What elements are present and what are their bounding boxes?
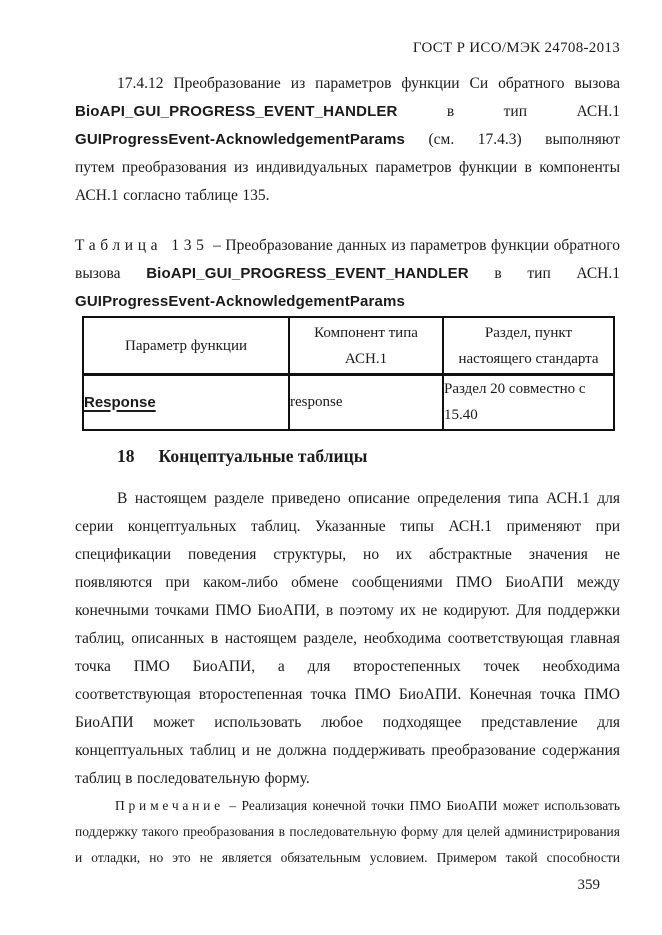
text-segment: поддержку такого преобразования в послед…	[75, 824, 620, 839]
text-segment: необходима	[543, 658, 620, 675]
running-header: ГОСТ Р ИСО/МЭК 24708-2013	[75, 40, 620, 57]
section-number: 18	[117, 446, 135, 466]
text-segment: в	[447, 103, 454, 120]
text-line: путем преобразования из индивидуальных п…	[75, 154, 620, 182]
table-header-row: Параметр функции Компонент типа АСН.1 Ра…	[83, 317, 614, 375]
table-header-line: АСН.1	[290, 346, 442, 372]
text-segment: таблиц, описанных в настоящем разделе, н…	[75, 630, 620, 647]
table-header-line: Компонент типа	[290, 320, 442, 346]
paragraph-17-4-12: 17.4.12 Преобразование из параметров фун…	[75, 70, 620, 210]
cell-section-ref: Раздел 20 совместно с 15.40	[443, 375, 614, 431]
section-title: Концептуальные таблицы	[159, 446, 368, 466]
text-segment: конечными точками ПМО БиоАПИ, в поэтому …	[75, 602, 620, 619]
text-segment: БиоАПИ,	[193, 658, 255, 675]
text-segment: выполняют	[545, 131, 620, 148]
text-line: соответствующая второстепенная точка ПМО…	[75, 681, 620, 709]
table-header-section-ref: Раздел, пункт настоящего стандарта	[443, 317, 614, 375]
text-segment: для	[597, 714, 620, 731]
text-line: и отладки, но это не является обязательн…	[75, 845, 620, 871]
text-segment: точек	[484, 658, 520, 675]
text-segment: в	[494, 265, 501, 282]
table-header-line: настоящего стандарта	[444, 346, 613, 372]
text-line: появляются при каком-либо обмене сообщен…	[75, 569, 620, 597]
text-line: спецификации поведения структуры, но их …	[75, 541, 620, 569]
text-segment: АСН.1 согласно таблице 135.	[75, 187, 269, 204]
text-line: 17.4.12 Преобразование из параметров фун…	[75, 70, 620, 98]
text-segment: (см.	[428, 131, 454, 148]
text-line: Примечание – Реализация конечной точки П…	[75, 793, 620, 819]
section-18-paragraph: В настоящем разделе приведено описание о…	[75, 485, 620, 793]
text-segment: вызова	[75, 265, 121, 282]
text-segment: серии концептуальных таблиц. Указанные т…	[75, 518, 620, 535]
param-response-label: Response	[84, 394, 156, 411]
text-segment: а	[278, 658, 285, 675]
text-line: В настоящем разделе приведено описание о…	[75, 485, 620, 513]
text-segment: появляются при каком-либо обмене сообщен…	[75, 574, 620, 591]
text-line: GUIProgressEvent-AcknowledgementParams	[75, 288, 620, 316]
table-header-param: Параметр функции	[83, 317, 289, 375]
text-segment: таблиц в последовательную форму.	[75, 770, 310, 787]
text-line: Таблица 135 – Преобразование данных из п…	[75, 232, 620, 260]
text-segment: GUIProgressEvent-AcknowledgementParams	[75, 293, 405, 310]
text-segment: GUIProgressEvent-AcknowledgementParams	[75, 131, 405, 148]
text-segment: подходящее	[383, 714, 462, 731]
cell-component: response	[289, 375, 443, 431]
text-segment: соответствующая второстепенная точка ПМО…	[75, 686, 620, 703]
text-segment: АСН.1	[576, 103, 620, 120]
text-segment: BioAPI_GUI_PROGRESS_EVENT_HANDLER	[146, 265, 469, 282]
text-line: серии концептуальных таблиц. Указанные т…	[75, 513, 620, 541]
text-segment: АСН.1	[576, 265, 620, 282]
cell-param: Response	[83, 375, 289, 431]
text-segment: Таблица 135	[75, 237, 209, 254]
text-segment: 17.4.3)	[478, 131, 522, 148]
text-line: GUIProgressEvent-AcknowledgementParams (…	[75, 126, 620, 154]
text-segment: В настоящем разделе приведено описание о…	[117, 490, 620, 507]
table-row: Response response Раздел 20 совместно с …	[83, 375, 614, 431]
text-segment: Примечание	[115, 798, 224, 813]
text-line: АСН.1 согласно таблице 135.	[75, 182, 620, 210]
text-segment: путем преобразования из индивидуальных п…	[75, 159, 620, 176]
note-paragraph: Примечание – Реализация конечной точки П…	[75, 793, 620, 871]
table-135-caption: Таблица 135 – Преобразование данных из п…	[75, 232, 620, 316]
text-line: конечными точками ПМО БиоАПИ, в поэтому …	[75, 597, 620, 625]
table-header-component: Компонент типа АСН.1	[289, 317, 443, 375]
text-segment: любое	[321, 714, 363, 731]
text-segment: использовать	[214, 714, 301, 731]
text-segment: для	[308, 658, 331, 675]
text-line: вызова BioAPI_GUI_PROGRESS_EVENT_HANDLER…	[75, 260, 620, 288]
text-segment: ПМО	[134, 658, 170, 675]
text-segment: BioAPI_GUI_PROGRESS_EVENT_HANDLER	[75, 103, 398, 120]
text-segment: может	[153, 714, 194, 731]
text-line: точка ПМО БиоАПИ, а для второстепенных т…	[75, 653, 620, 681]
text-segment: точка	[75, 658, 111, 675]
page-number: 359	[75, 877, 620, 894]
text-line: таблиц, описанных в настоящем разделе, н…	[75, 625, 620, 653]
text-line: таблиц в последовательную форму.	[75, 765, 620, 793]
text-line: БиоАПИ может использовать любое подходящ…	[75, 709, 620, 737]
text-segment: тип	[504, 103, 527, 120]
section-18-heading: 18Концептуальные таблицы	[75, 445, 620, 467]
text-segment: – Реализация конечной точки ПМО БиоАПИ м…	[229, 798, 620, 813]
text-segment: и отладки, но это не является обязательн…	[75, 850, 620, 865]
text-segment: БиоАПИ	[75, 714, 134, 731]
text-segment: – Преобразование данных из параметров фу…	[213, 237, 620, 254]
text-segment: концептуальных таблиц и не должна поддер…	[75, 742, 620, 759]
table-header-line: Раздел, пункт	[444, 320, 613, 346]
text-segment: второстепенных	[353, 658, 461, 675]
table-header-line: Параметр функции	[84, 333, 288, 359]
text-segment: спецификации поведения структуры, но их …	[75, 546, 620, 563]
text-line: поддержку такого преобразования в послед…	[75, 819, 620, 845]
table-135: Параметр функции Компонент типа АСН.1 Ра…	[82, 316, 615, 431]
text-line: BioAPI_GUI_PROGRESS_EVENT_HANDLER в тип …	[75, 98, 620, 126]
text-segment: представление	[481, 714, 578, 731]
text-segment: тип	[527, 265, 550, 282]
text-line: концептуальных таблиц и не должна поддер…	[75, 737, 620, 765]
document-page: ГОСТ Р ИСО/МЭК 24708-2013 17.4.12 Преобр…	[75, 0, 620, 894]
text-segment: 17.4.12 Преобразование из параметров фун…	[117, 75, 620, 92]
